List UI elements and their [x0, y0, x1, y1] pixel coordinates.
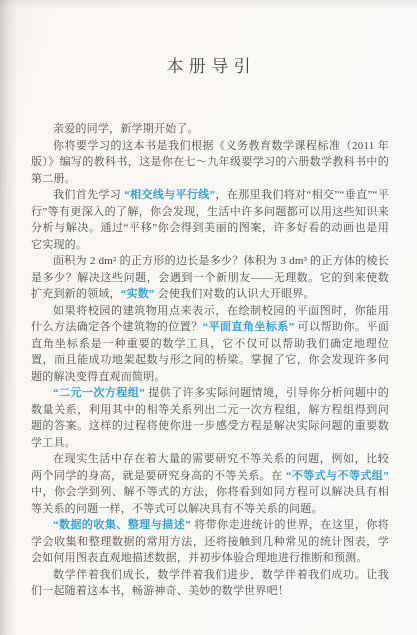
- paragraph: 你将要学习的这本书是我们根据《义务教育数学课程标准（2011 年版）》编写的教科…: [31, 138, 389, 188]
- chapter-term: “数据的收集、整理与描述”: [53, 519, 191, 531]
- text-run: 亲爱的同学，新学期开始了。: [53, 123, 199, 135]
- text-run: 中，你会学到列、解不等式的方法，你将看到如同方程可以解决具有相等关系的问题一样，…: [31, 486, 389, 515]
- chapter-term: “平面直角坐标系”: [203, 321, 295, 333]
- text-run: 我们首先学习: [53, 189, 124, 201]
- paragraph: “数据的收集、整理与描述” 将带你走进统计的世界，在这里，你将学会收集和整理数据…: [31, 517, 389, 567]
- paragraph: 面积为 2 dm² 的正方形的边长是多少？体积为 3 dm³ 的正方体的棱长是多…: [31, 253, 389, 303]
- paragraph: “二元一次方程组” 提供了许多实际问题情境，引导你分析问题中的数量关系，利用其中…: [31, 385, 389, 451]
- text-run: 你将要学习的这本书是我们根据《义务教育数学课程标准（2011 年版）》编写的教科…: [31, 140, 389, 185]
- page-title: 本册导引: [0, 52, 417, 77]
- chapter-term: “二元一次方程组”: [53, 387, 145, 399]
- paragraph: 在现实生活中存在着大量的需要研究不等关系的问题，例如，比较两个同学的身高，就是要…: [31, 451, 389, 517]
- text-run: 会使我们对数的认识大开眼界。: [155, 288, 315, 300]
- paragraph: 数学伴着我们成长，数学伴着我们进步，数学伴着我们成功。让我们一起随着这本书，畅游…: [31, 567, 389, 600]
- paragraph: 亲爱的同学，新学期开始了。: [31, 121, 389, 138]
- body-text: 亲爱的同学，新学期开始了。你将要学习的这本书是我们根据《义务教育数学课程标准（2…: [31, 121, 389, 600]
- chapter-term: “相交线与平行线”: [124, 189, 215, 201]
- chapter-term: “不等式与不等式组”: [286, 470, 389, 482]
- page-left-edge-shadow: [0, 0, 16, 635]
- paragraph: 我们首先学习 “相交线与平行线”，在那里我们将对“相交”“垂直”“平行”等有更深…: [31, 187, 389, 253]
- chapter-term: “实数”: [121, 288, 155, 300]
- text-run: 数学伴着我们成长，数学伴着我们进步，数学伴着我们成功。让我们一起随着这本书，畅游…: [31, 569, 389, 598]
- textbook-page: 本册导引 亲爱的同学，新学期开始了。你将要学习的这本书是我们根据《义务教育数学课…: [0, 0, 417, 635]
- paragraph: 如果将校园的建筑物用点来表示，在绘制校园的平面图时，你能用什么方法确定各个建筑物…: [31, 303, 389, 386]
- page-top-edge-shadow: [0, 0, 417, 8]
